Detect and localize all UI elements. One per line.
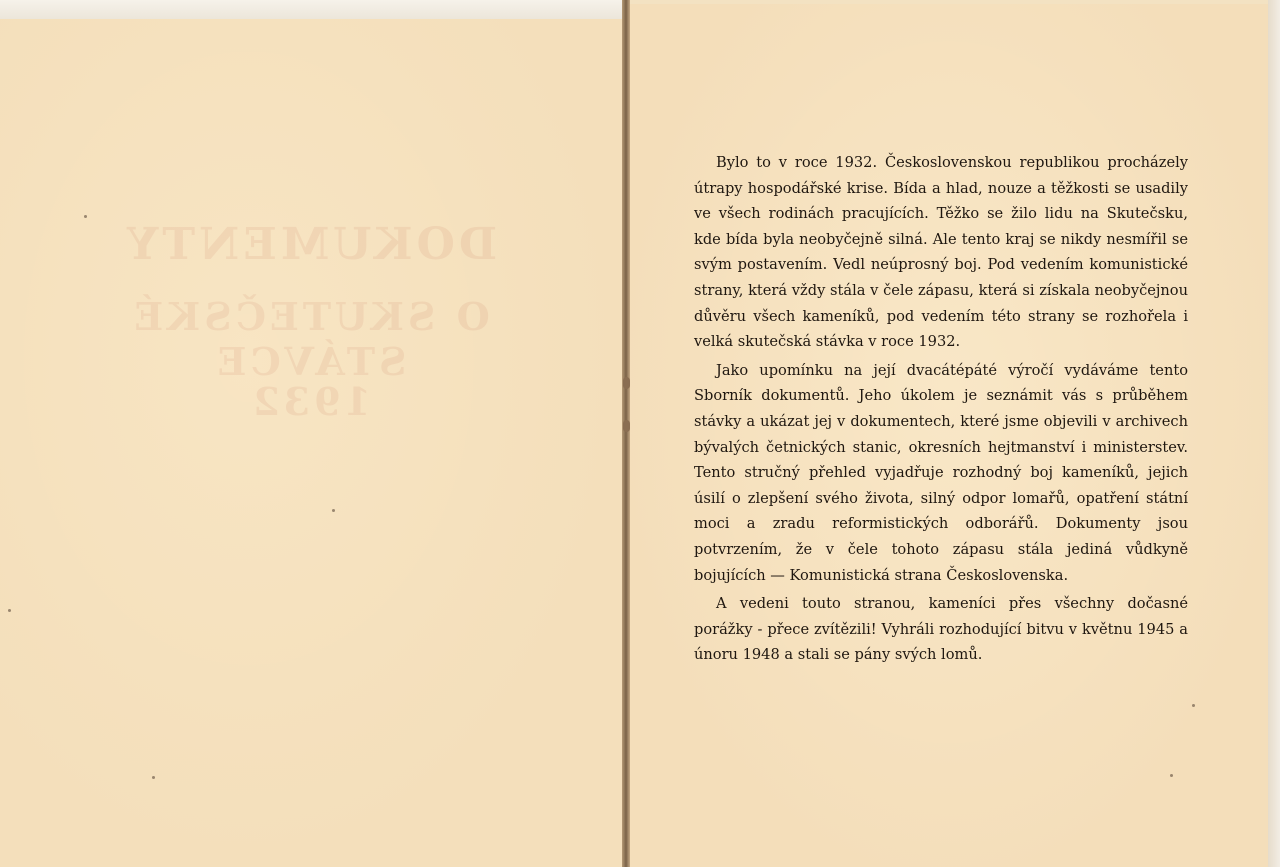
paper-speck — [332, 509, 335, 512]
bleed-through-line: O SKUTEČSKÉ STÁVCE — [60, 294, 560, 384]
paragraph-2: Jako upomínku na její dvacátépáté výročí… — [694, 358, 1188, 588]
paper-speck — [8, 609, 11, 612]
bleed-through-line: 1932 — [60, 379, 560, 424]
cover-edge-strip — [0, 0, 622, 20]
staple-mark — [623, 420, 630, 432]
paper-speck — [84, 215, 87, 218]
paper-speck — [1170, 774, 1173, 777]
paragraph-3: A vedeni touto stranou, kameníci přes vš… — [694, 591, 1188, 668]
paper-speck — [1192, 704, 1195, 707]
body-text: Bylo to v roce 1932. Československou rep… — [694, 150, 1188, 671]
paragraph-1: Bylo to v roce 1932. Československou rep… — [694, 150, 1188, 355]
left-page: DOKUMENTY O SKUTEČSKÉ STÁVCE 1932 — [0, 19, 622, 867]
book-spread: DOKUMENTY O SKUTEČSKÉ STÁVCE 1932 Bylo t… — [0, 0, 1280, 867]
book-spine — [622, 0, 630, 867]
bleed-through-line: DOKUMENTY — [60, 219, 560, 270]
right-page-edge — [1268, 0, 1280, 867]
paper-speck — [152, 776, 155, 779]
staple-mark — [623, 377, 630, 389]
